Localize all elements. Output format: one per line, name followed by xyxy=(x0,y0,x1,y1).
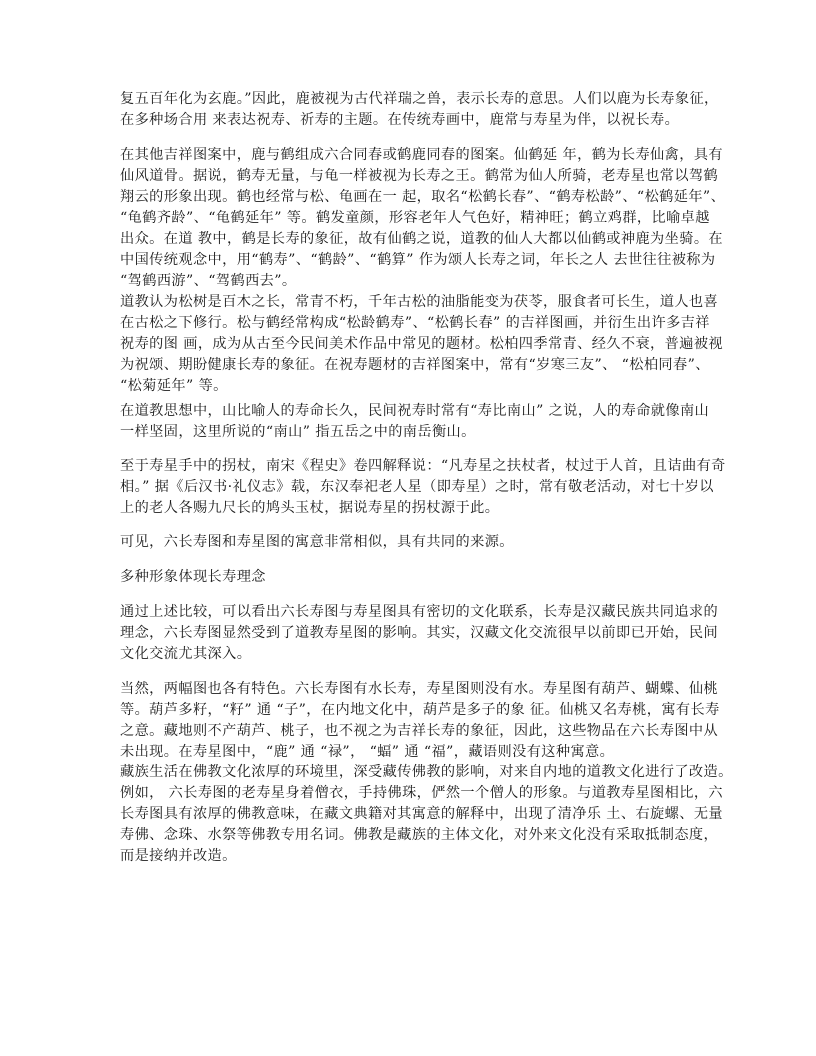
text-line: 藏族生活在佛教文化浓厚的环境里，深受藏传佛教的影响，对来自内地的道教文化进行了改… xyxy=(120,762,700,783)
text-line: 一样坚固，这里所说的“南山” 指五岳之中的南岳衡山。 xyxy=(120,422,700,443)
text-line: 上的老人各赐九尺长的鸠头玉杖，据说寿星的拐杖源于此。 xyxy=(120,498,700,519)
text-line: 而是接纳并改造。 xyxy=(120,846,700,867)
paragraph-cultural-exchange: 通过上述比较，可以看出六长寿图与寿星图具有密切的文化联系，长寿是汉藏民族共同追求… xyxy=(120,602,700,665)
text-line: 仙风道骨。据说，鹤寿无量，与龟一样被视为长寿之王。鹤常为仙人所骑，老寿星也常以驾… xyxy=(120,166,700,187)
paragraph-crane-symbolism: 在其他吉祥图案中，鹿与鹤组成六合同春或鹤鹿同春的图案。仙鹤延 年，鹤为长寿仙禽，… xyxy=(120,145,700,292)
paragraph-mountain-symbolism: 在道教思想中，山比喻人的寿命长久，民间祝寿时常有“寿比南山” 之说，人的寿命就像… xyxy=(120,401,700,443)
text-line: 文化交流尤其深入。 xyxy=(120,644,700,665)
text-line: “龟鹤齐龄”、“龟鹤延年” 等。鹤发童颜，形容老年人气色好，精神旺；鹤立鸡群，比… xyxy=(120,208,700,229)
text-line: “松菊延年” 等。 xyxy=(120,376,700,397)
text-line: 长寿图具有浓厚的佛教意味，在藏文典籍对其寓意的解释中，出现了清净乐 土、右旋螺、… xyxy=(120,804,700,825)
paragraph-buddhist-adaptation: 藏族生活在佛教文化浓厚的环境里，深受藏传佛教的影响，对来自内地的道教文化进行了改… xyxy=(120,762,700,867)
section-heading-text: 多种形象体现长寿理念 xyxy=(120,567,700,588)
text-line: 通过上述比较，可以看出六长寿图与寿星图具有密切的文化联系，长寿是汉藏民族共同追求… xyxy=(120,602,700,623)
paragraph-conclusion-common-origin: 可见，六长寿图和寿星图的寓意非常相似，具有共同的来源。 xyxy=(120,532,700,553)
text-line: 当然，两幅图也各有特色。六长寿图有水长寿，寿星图则没有水。寿星图有葫芦、蝴蝶、仙… xyxy=(120,679,700,700)
text-line: 复五百年化为玄鹿。”因此，鹿被视为古代祥瑞之兽，表示长寿的意思。人们以鹿为长寿象… xyxy=(120,89,700,110)
text-line: 在其他吉祥图案中，鹿与鹤组成六合同春或鹤鹿同春的图案。仙鹤延 年，鹤为长寿仙禽，… xyxy=(120,145,700,166)
text-line: 至于寿星手中的拐杖，南宋《程史》卷四解释说：“凡寿星之扶杖者，杖过于人首，且诘曲… xyxy=(120,456,700,477)
text-line: 相。” 据《后汉书·礼仪志》载，东汉奉祀老人星（即寿星）之时，常有敬老活动，对七… xyxy=(120,477,700,498)
paragraph-pine-symbolism: 道教认为松树是百木之长，常青不朽，千年古松的油脂能变为茯苓，服食者可长生，道人也… xyxy=(120,292,700,397)
text-line: 例如， 六长寿图的老寿星身着僧衣，手持佛珠，俨然一个僧人的形象。与道教寿星图相比… xyxy=(120,783,700,804)
document-page: 复五百年化为玄鹿。”因此，鹿被视为古代祥瑞之兽，表示长寿的意思。人们以鹿为长寿象… xyxy=(0,0,816,1056)
text-line: 理念，六长寿图显然受到了道教寿星图的影响。其实，汉藏文化交流很早以前即已开始，民… xyxy=(120,623,700,644)
text-line: 中国传统观念中，用“鹤寿”、“鹤龄”、“鹤算” 作为颂人长寿之词，年长之人 去世… xyxy=(120,250,700,271)
text-line: 在道教思想中，山比喻人的寿命长久，民间祝寿时常有“寿比南山” 之说，人的寿命就像… xyxy=(120,401,700,422)
text-line: 等。葫芦多籽，“籽” 通 “子”，在内地文化中，葫芦是多子的象 征。仙桃又名寿桃… xyxy=(120,700,700,721)
text-line: 未出现。在寿星图中，“鹿” 通 “禄”， “蝠” 通 “福”，藏语则没有这种寓意… xyxy=(120,742,700,763)
paragraph-staff-origin: 至于寿星手中的拐杖，南宋《程史》卷四解释说：“凡寿星之扶杖者，杖过于人首，且诘曲… xyxy=(120,456,700,519)
paragraph-deer-longevity: 复五百年化为玄鹿。”因此，鹿被视为古代祥瑞之兽，表示长寿的意思。人们以鹿为长寿象… xyxy=(120,89,700,131)
text-line: 翔云的形象出现。鹤也经常与松、龟画在一 起，取名“松鹤长春”、“鹤寿松龄”、“松… xyxy=(120,187,700,208)
text-line: 在多种场合用 来表达祝寿、祈寿的主题。在传统寿画中，鹿常与寿星为伴，以祝长寿。 xyxy=(120,110,700,131)
text-line: 之意。藏地则不产葫芦、桃子，也不视之为吉祥长寿的象征，因此，这些物品在六长寿图中… xyxy=(120,721,700,742)
text-line: “驾鹤西游”、“驾鹤西去”。 xyxy=(120,271,700,292)
text-line: 可见，六长寿图和寿星图的寓意非常相似，具有共同的来源。 xyxy=(120,532,700,553)
text-line: 为祝颂、期盼健康长寿的象征。在祝寿题材的吉祥图案中，常有“岁寒三友”、 “松柏同… xyxy=(120,355,700,376)
paragraph-distinct-features: 当然，两幅图也各有特色。六长寿图有水长寿，寿星图则没有水。寿星图有葫芦、蝴蝶、仙… xyxy=(120,679,700,763)
text-line: 道教认为松树是百木之长，常青不朽，千年古松的油脂能变为茯苓，服食者可长生，道人也… xyxy=(120,292,700,313)
text-line: 祝寿的图 画，成为从古至今民间美术作品中常见的题材。松柏四季常青、经久不衰，普遍… xyxy=(120,334,700,355)
text-line: 在古松之下修行。松与鹤经常构成“松龄鹤寿”、“松鹤长春” 的吉祥图画，并衍生出许… xyxy=(120,313,700,334)
section-heading: 多种形象体现长寿理念 xyxy=(120,567,700,588)
text-line: 寿佛、念珠、水祭等佛教专用名词。佛教是藏族的主体文化，对外来文化没有采取抵制态度… xyxy=(120,825,700,846)
text-line: 出众。在道 教中，鹤是长寿的象征，故有仙鹤之说，道教的仙人大都以仙鹤或神鹿为坐骑… xyxy=(120,229,700,250)
